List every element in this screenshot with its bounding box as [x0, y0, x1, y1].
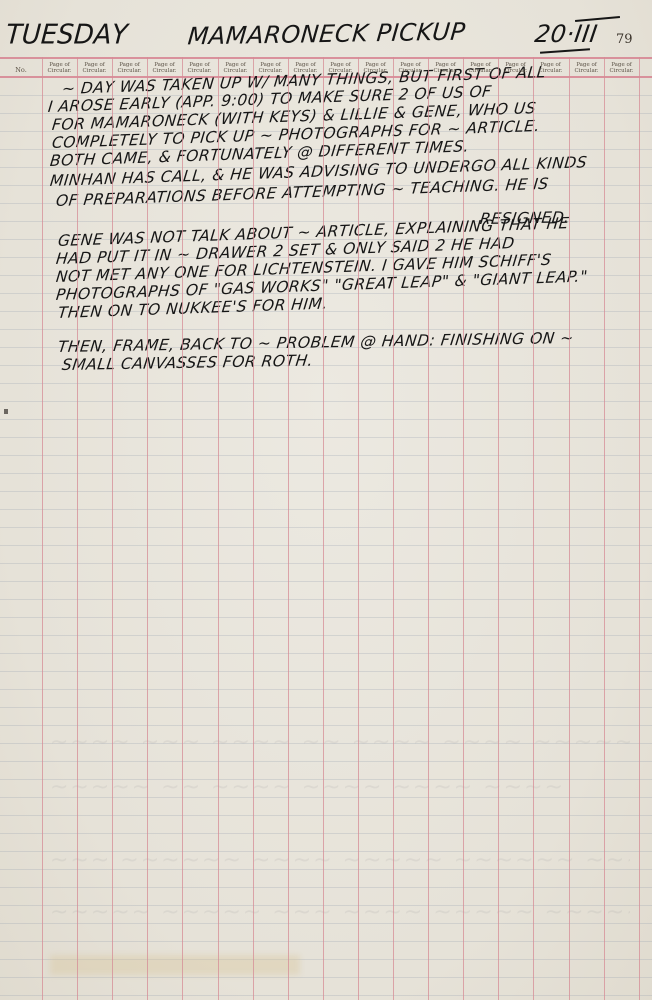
- column-header-page-of-circular: Page ofCircular.: [428, 62, 463, 74]
- page-number: 79: [616, 32, 633, 47]
- bleed-through-text: ~~~~~ ~~~~~ ~~~ ~~~~ ~~~~~ ~~~~~: [50, 900, 630, 925]
- vertical-rule: [288, 57, 289, 1000]
- vertical-rule: [533, 57, 534, 1000]
- column-header-page-of-circular: Page ofCircular.: [604, 62, 639, 74]
- column-header-page-of-circular: Page ofCircular.: [463, 62, 498, 74]
- vertical-rule: [182, 57, 183, 1000]
- column-header-page-of-circular: Page ofCircular.: [323, 62, 358, 74]
- column-header-page-of-circular: Page ofCircular.: [358, 62, 393, 74]
- paper-stain: [50, 955, 300, 975]
- vertical-rule: [358, 57, 359, 1000]
- day-heading: TUESDAY: [5, 19, 129, 51]
- column-header-page-of-circular: Page ofCircular.: [393, 62, 428, 74]
- column-header-page-of-circular: Page ofCircular.: [533, 62, 568, 74]
- vertical-rule: [112, 57, 113, 1000]
- vertical-rule: [42, 57, 43, 1000]
- header-rule-top: [0, 57, 652, 59]
- column-header-page-of-circular: Page ofCircular.: [182, 62, 217, 74]
- column-header-page-of-circular: Page ofCircular.: [77, 62, 112, 74]
- column-header-page-of-circular: Page ofCircular.: [218, 62, 253, 74]
- bleed-through-text: ~~~~~ ~~ ~~~~ ~~~~ ~~~~ ~~~~: [50, 775, 630, 800]
- column-header-page-of-circular: Page ofCircular.: [569, 62, 604, 74]
- column-header-page-of-circular: Page ofCircular.: [112, 62, 147, 74]
- column-header-page-of-circular: Page ofCircular.: [288, 62, 323, 74]
- vertical-rule: [428, 57, 429, 1000]
- margin-mark: [4, 409, 8, 414]
- ledger-page: No. TUESDAY MAMARONECK PICKUP 20·III 79 …: [0, 0, 652, 1000]
- bleed-through-text: ~~~ ~~~~~~ ~~~~ ~~~~~ ~~~~~~ ~~~~: [50, 848, 630, 873]
- vertical-rule: [498, 57, 499, 1000]
- entry-date: 20·III: [533, 20, 599, 48]
- date-underline: [540, 48, 590, 53]
- vertical-rule: [604, 57, 605, 1000]
- vertical-rule: [639, 57, 640, 1000]
- vertical-rule: [77, 57, 78, 1000]
- vertical-rule: [569, 57, 570, 1000]
- column-header-no: No.: [0, 66, 42, 74]
- column-header-page-of-circular: Page ofCircular.: [498, 62, 533, 74]
- vertical-rule: [147, 57, 148, 1000]
- column-header-page-of-circular: Page ofCircular.: [42, 62, 77, 74]
- entry-title: MAMARONECK PICKUP: [187, 18, 467, 51]
- vertical-rule: [218, 57, 219, 1000]
- vertical-rule: [323, 57, 324, 1000]
- bleed-through-text: ~~~~ ~~~ ~~~~ ~~ ~~~~ ~~~~ ~~~~~~~ ~~~~~: [50, 730, 630, 755]
- vertical-rule: [253, 57, 254, 1000]
- vertical-rule: [393, 57, 394, 1000]
- column-header-page-of-circular: Page ofCircular.: [253, 62, 288, 74]
- column-header-page-of-circular: Page ofCircular.: [147, 62, 182, 74]
- vertical-rule: [463, 57, 464, 1000]
